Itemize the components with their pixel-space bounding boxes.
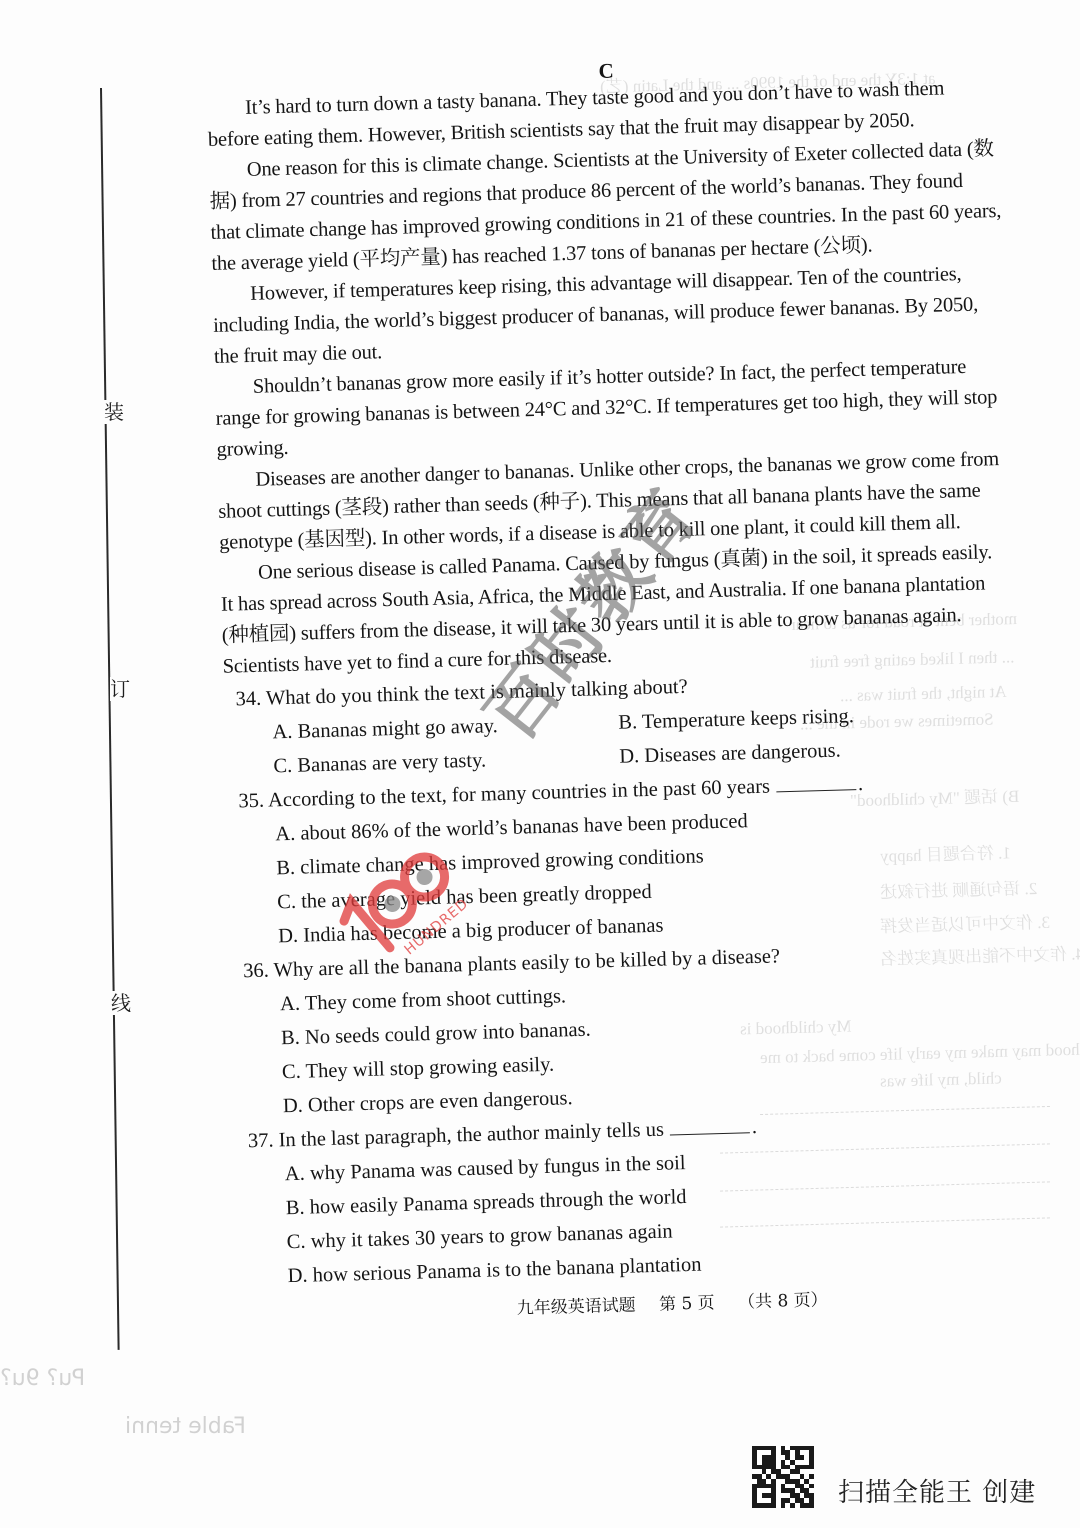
binding-char-zhuang: 装 <box>104 400 124 424</box>
qr-code-icon <box>752 1446 814 1508</box>
reading-passage: It’s hard to turn down a tasty banana. T… <box>207 71 1053 683</box>
scanner-stamp: 扫描全能王 创建 <box>752 1444 1036 1509</box>
footer-page-number: 第 5 页 <box>659 1293 715 1315</box>
exam-page: at 1:3Y the end of the 1990s ... and the… <box>0 0 1080 1528</box>
question-list: 34. What do you think the text is mainly… <box>223 660 1070 1295</box>
question-stem: What do you think the text is mainly tal… <box>266 676 688 710</box>
answer-blank[interactable] <box>776 788 856 792</box>
question-number: 35. <box>238 790 264 813</box>
binding-char-xian: 线 <box>111 991 131 1015</box>
scanner-stamp-text: 扫描全能王 创建 <box>838 1472 1036 1509</box>
footer-total-pages: （共 8 页） <box>738 1290 828 1312</box>
bleed-through-handwriting: Fable tenni <box>125 1414 246 1439</box>
question-number: 36. <box>243 960 269 983</box>
exam-content: C It’s hard to turn down a tasty banana.… <box>206 47 1071 1329</box>
bleed-through-handwriting: Pu? 9u? <box>0 1366 85 1391</box>
page-footer: 九年级英语试题 第 5 页 （共 8 页） <box>516 1281 1070 1320</box>
binding-char-ding: 订 <box>110 677 130 701</box>
answer-blank[interactable] <box>670 1131 750 1135</box>
binding-line <box>100 88 120 1350</box>
footer-subject: 九年级英语试题 <box>516 1295 636 1318</box>
question-number: 37. <box>248 1130 274 1153</box>
question-stem: In the last paragraph, the author mainly… <box>278 1119 664 1152</box>
question-number: 34. <box>235 688 261 711</box>
